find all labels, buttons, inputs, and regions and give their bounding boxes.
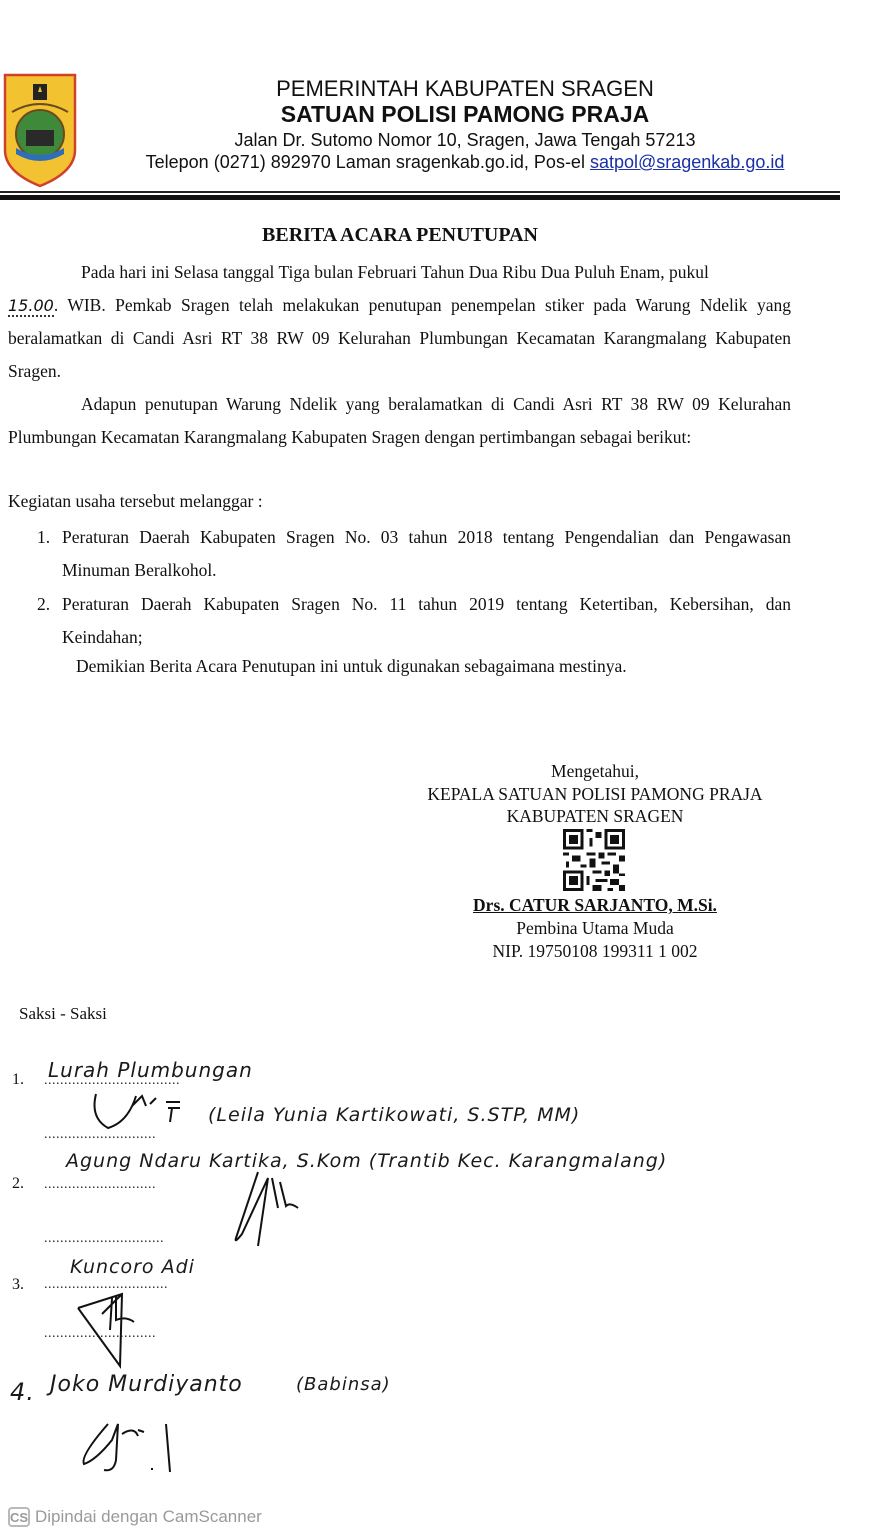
camscanner-icon: CS: [8, 1507, 30, 1527]
signer-rank: Pembina Utama Muda: [385, 917, 805, 940]
watermark-text: Dipindai dengan CamScanner: [35, 1507, 262, 1527]
witness-name-line: ............................: [44, 1177, 156, 1193]
opening-text-cont: . WIB. Pemkab Sragen telah melakukan pen…: [8, 295, 791, 381]
witness-number: 3.: [12, 1276, 24, 1294]
witness-name-handwritten: (Leila Yunia Kartikowati, S.STP, MM): [208, 1104, 580, 1126]
violation-item: 1. Peraturan Daerah Kabupaten Sragen No.…: [37, 521, 791, 587]
letterhead-address: Jalan Dr. Sutomo Nomor 10, Sragen, Jawa …: [90, 130, 840, 151]
letterhead-government: PEMERINTAH KABUPATEN SRAGEN: [90, 76, 840, 102]
witness-signature-icon: [78, 1420, 178, 1480]
violation-number: 1.: [37, 521, 50, 554]
qr-code-icon: [563, 829, 625, 891]
paragraph-opening: Pada hari ini Selasa tanggal Tiga bulan …: [8, 256, 791, 388]
witness-signature-line: ............................: [44, 1127, 156, 1143]
email-link[interactable]: satpol@sragenkab.go.id: [590, 152, 784, 172]
handwritten-time: 15.00: [8, 296, 54, 317]
witness-name-line: ..................................: [44, 1073, 180, 1089]
header-rule-thick: [0, 195, 840, 200]
paragraph-consideration: Adapun penutupan Warung Ndelik yang bera…: [8, 388, 791, 454]
violation-text: Peraturan Daerah Kabupaten Sragen No. 03…: [62, 521, 791, 587]
acknowledged-label: Mengetahui,: [385, 760, 805, 783]
header-rule-thin: [0, 191, 840, 193]
signer-position: KEPALA SATUAN POLISI PAMONG PRAJA: [385, 783, 805, 806]
violation-label: Kegiatan usaha tersebut melanggar :: [8, 491, 263, 512]
witness-signature-icon: [228, 1168, 318, 1248]
witness-number: 2.: [12, 1175, 24, 1193]
witness-number: 1.: [12, 1071, 24, 1089]
signer-office: KABUPATEN SRAGEN: [385, 805, 805, 828]
witness-name-handwritten: (Babinsa): [296, 1374, 391, 1395]
witnesses-label: Saksi - Saksi: [19, 1004, 107, 1024]
witness-role-handwritten: Kuncoro Adi: [70, 1256, 195, 1278]
scanner-watermark: CS Dipindai dengan CamScanner: [8, 1505, 262, 1529]
regency-crest-icon: [2, 72, 78, 188]
witness-signature-line: ..............................: [44, 1231, 164, 1247]
violation-text: Peraturan Daerah Kabupaten Sragen No. 11…: [62, 588, 791, 654]
signer-name-text: Drs. CATUR SARJANTO, M.Si.: [473, 895, 717, 915]
contact-text: Telepon (0271) 892970 Laman sragenkab.go…: [146, 152, 590, 172]
witness-role-handwritten: Joko Murdiyanto: [50, 1372, 243, 1397]
signer-name: Drs. CATUR SARJANTO, M.Si.: [385, 894, 805, 917]
document-title: BERITA ACARA PENUTUPAN: [0, 224, 800, 247]
witness-signature-line: ............................: [44, 1326, 156, 1342]
signer-nip: NIP. 19750108 199311 1 002: [385, 940, 805, 963]
witness-number: 4.: [10, 1378, 35, 1406]
letterhead-contact: Telepon (0271) 892970 Laman sragenkab.go…: [90, 152, 840, 173]
letterhead-agency: SATUAN POLISI PAMONG PRAJA: [90, 101, 840, 128]
violation-item: 2. Peraturan Daerah Kabupaten Sragen No.…: [37, 588, 791, 654]
closing-statement: Demikian Berita Acara Penutupan ini untu…: [76, 656, 627, 677]
violation-number: 2.: [37, 588, 50, 621]
witness-role-handwritten: Agung Ndaru Kartika, S.Kom (Trantib Kec.…: [66, 1150, 667, 1172]
opening-text: Pada hari ini Selasa tanggal Tiga bulan …: [81, 262, 709, 282]
